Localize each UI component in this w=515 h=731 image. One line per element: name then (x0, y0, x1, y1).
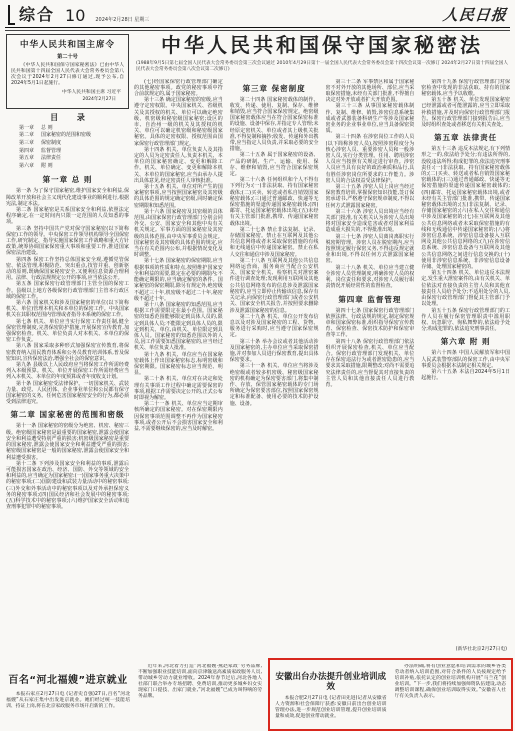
law-paragraph: 第四十七条 国家保密行政管理部门依照法律、行政法规的规定,制定保密规章和国家保密… (326, 308, 415, 339)
law-paragraph: 第十五条 机关、单位对所产生的国家秘密事项,应当按照国家秘密及其密级的具体范围的… (134, 184, 223, 209)
law-paragraph: 第四十八条 保密行政管理部门依法组织开展保密检查,机关、单位应当配合。保密行政管… (326, 339, 415, 389)
law-paragraph: 第十三条 确定国家秘密的密级,应当遵守定密权限。中央国家机关、省级机关及其授权的… (134, 97, 223, 147)
anhui-article-col-2: 办法明确,将有创业意愿和培训需求的城乡各类劳动者纳入培训范围,对符合条件的人员按… (395, 664, 507, 725)
law-paragraph: 第十八条 国家秘密的知悉范围,应当根据工作需要限定在最小范围。国家秘密的知悉范围… (134, 302, 223, 352)
law-paragraph: 第八条 国家采取多种形式加强保密宣传教育,将保密教育纳入国民教育体系和公务员教育… (6, 343, 129, 362)
newspaper-page: 综合 10 2024年2月28日 星期三 人民日报 中华人民共和国主席令 第二十… (0, 0, 515, 731)
chapter-heading: 第四章 监督管理 (326, 295, 415, 304)
left-column: 中华人民共和国主席令 第二十号 《中华人民共和国保守国家秘密法》已由中华人民共和… (6, 34, 129, 652)
law-paragraph: 第十七条 国家秘密的保密期限,应当根据事项的性质和特点,按照维护国家安全和利益的… (134, 258, 223, 301)
law-paragraph: 第六十五条 本法自2024年5月1日起施行。 (421, 369, 510, 381)
hebei-article: 百名“河北福嫂”进京就业 本报石家庄2月27日电 (记者史自强)27日,百名“河… (6, 664, 262, 728)
law-paragraph: 第五十五条 保密行政管理部门的工作人员在履行保密管理职责中滥用职权、玩忽职守、徇… (421, 308, 510, 333)
law-column-4: 第三十二条 军事禁区和属于国家秘密不对外开放的其他场所、部位,应当采取保密措施,… (326, 79, 415, 635)
law-paragraph: 第二十四条 国家秘密载体的制作、收发、传递、使用、复制、保存、维修和销毁,应当符… (230, 97, 319, 153)
xinhua-dateline: (新华社北京2月27日电) (451, 645, 507, 652)
law-paragraph: 第三十六条 涉密人员出境应当经有关部门批准,有关机关认为涉密人员出境将对国家安全… (326, 209, 415, 234)
law-subtitle: (1988年9月5日第七届全国人民代表大会常务委员会第三次会议通过 2010年4… (134, 61, 510, 73)
law-main-area: 中华人民共和国保守国家秘密法 (1988年9月5日第七届全国人民代表大会常务委员… (134, 33, 510, 635)
law-paragraph: 第一条 为了保守国家秘密,维护国家安全和利益,保障改革开放和社会主义现代化建设事… (6, 188, 129, 207)
law-paragraph: 第三十四条 在涉密岗位工作的人员(以下简称涉密人员),按照涉密程度分为核心涉密人… (326, 134, 415, 184)
law-columns: (七)经国家保密行政管理部门确定的其他秘密事项。政党的秘密事项中符合前款规定的,… (134, 79, 510, 635)
law-paragraph: 第三条 坚持中国共产党对保守国家秘密(以下简称保密)工作的领导。中央保密工作领导… (6, 226, 129, 257)
chapter-heading: 第六章 附 则 (421, 337, 510, 346)
hebei-article-text-1: 本报石家庄2月27日电 (记者史自强)27日,百名“河北福嫂”从石家庄集中出发进… (6, 692, 130, 710)
hebei-article-text-2: 近年来,河北着力打造“河北福嫂·燕赵家政”劳务品牌,不断加强职业技能培训,面向京… (138, 664, 262, 700)
law-paragraph: 第三十三条 从事国家秘密载体制作、复制、维修、销毁,涉密信息系统集成或者武器装备… (326, 103, 415, 134)
law-column-2: (七)经国家保密行政管理部门确定的其他秘密事项。政党的秘密事项中符合前款规定的,… (134, 79, 223, 635)
law-paragraph: 第六条 国家机关和涉及国家秘密的单位(以下简称机关、单位)管理本机关和本单位的保… (6, 300, 129, 319)
law-paragraph: 第三十二条 军事禁区和属于国家秘密不对外开放的其他场所、部位,应当采取保密措施,… (326, 79, 415, 104)
law-paragraph: 第三十五条 涉密人员上岗应当经过保密教育培训,掌握保密知识技能,签订保密承诺书,… (326, 184, 415, 209)
header-rule-thin (5, 30, 510, 31)
law-column-3: 第三章 保密制度第二十四条 国家秘密载体的制作、收发、传递、使用、复制、保存、维… (230, 79, 319, 635)
hebei-article-col-1: 百名“河北福嫂”进京就业 本报石家庄2月27日电 (记者史自强)27日,百名“河… (6, 664, 130, 728)
law-paragraph: 第十四条 机关、单位负责人及其指定的人员为定密责任人,负责本机关、本单位的国家秘… (134, 147, 223, 184)
anhui-article-col-1: 安徽出台办法提升创业培训成效 本报合肥2月27日电 (记者田先进)记者从安徽省人… (275, 664, 387, 725)
hebei-article-title: 百名“河北福嫂”进京就业 (6, 675, 130, 687)
law-paragraph: 第四条 保密工作坚持总体国家安全观,遵循党管保密、依法管理,积极防范、突出重点,… (6, 257, 129, 282)
anhui-article-text-2: 办法明确,将有创业意愿和培训需求的城乡各类劳动者纳入培训范围,对符合条件的人员按… (395, 664, 507, 700)
law-paragraph: 第三十八条 机关、单位应当建立健全涉密人员管理制度,明确涉密人员的权利、岗位责任… (326, 265, 415, 290)
hebei-article-col-2: 近年来,河北着力打造“河北福嫂·燕赵家政”劳务品牌,不断加强职业技能培训,面向京… (138, 664, 262, 728)
law-paragraph: 第二十五条 属于国家秘密的设备、产品的研制、生产、运输、使用、保存、维修和销毁,… (230, 152, 319, 177)
law-paragraph: 第七条 机关、单位应当实行保密工作责任制,健全保密管理制度,完善保密防护措施,开… (6, 319, 129, 344)
law-paragraph: (七)经国家保密行政管理部门确定的其他秘密事项。政党的秘密事项中符合前款规定的,… (134, 79, 223, 98)
section-bracket-mark (8, 5, 15, 25)
law-column-1: 第一章 总 则第一条 为了保守国家秘密,维护国家安全和利益,保障改革开放和社会主… (6, 175, 129, 510)
toc-item: 第三章保密制度 (6, 140, 129, 148)
toc-item: 第六章附 则 (6, 163, 129, 171)
order-signature: 中华人民共和国主席 习近平 (11, 90, 124, 96)
law-paragraph: 第五十三条 违反本法规定,有下列情形之一的,依法给予处分;有违法所得的,没收违法… (421, 146, 510, 270)
toc-item: 第五章法律责任 (6, 155, 129, 163)
law-paragraph: 第二十六条 任何组织和个人不得有下列行为:(一)非法获取、持有国家秘密载体;(二… (230, 177, 319, 227)
law-paragraph: 第二十八条 互联网及其他公共信息网络运营商、服务商应当配合公安机关、国家安全机关… (230, 258, 319, 314)
law-paragraph: 第二十七条 禁止非法复制、记录、存储国家秘密。禁止在互联网及其他公共信息网络或者… (230, 227, 319, 258)
toc-list: 第一章总 则第二章国家秘密的范围和密级第三章保密制度第四章监督管理第五章法律责任… (6, 125, 129, 171)
page-header: 综合 10 2024年2月28日 星期三 人民日报 (8, 3, 507, 25)
toc-item: 第二章国家秘密的范围和密级 (6, 132, 129, 140)
law-paragraph: 第十一条 国家秘密的密级分为绝密、机密、秘密三级。绝密级国家秘密是最重要的国家秘… (6, 423, 129, 460)
chapter-heading: 第五章 法律责任 (421, 133, 510, 142)
order-number: 第二十号 (11, 54, 124, 60)
header-rule-thick (5, 27, 510, 28)
order-sign-date: 2024年2月27日 (11, 97, 124, 103)
law-column-5: 第四十九条 保密行政管理部门对保密检查中发现的非法获取、持有的国家秘密载体,应当… (421, 79, 510, 635)
law-paragraph: 第十二条 下列涉及国家安全和利益的事项,泄露后可能损害国家在政治、经济、国防、外… (6, 461, 129, 511)
anhui-article-text-1: 本报合肥2月27日电 (记者田先进)记者从安徽省人力资源和社会保障厅获悉:安徽日… (275, 696, 387, 720)
law-paragraph: 第三十七条 涉密人员离岗离职实行脱密期管理。涉密人员在脱密期内,应当按照规定履行… (326, 234, 415, 265)
presidential-order-box: 中华人民共和国主席令 第二十号 《中华人民共和国保守国家秘密法》已由中华人民共和… (6, 34, 129, 109)
law-paragraph: 第二十条 机关、单位对在决定和处理有关事项工作过程中确定需要保密的事项,根据工作… (134, 376, 223, 401)
chapter-heading: 第一章 总 则 (6, 175, 129, 184)
law-paragraph: 第十条 国家秘密受法律保护。一切国家机关、武装力量、政党、人民团体、企业事业单位… (6, 381, 129, 406)
anhui-article-title: 安徽出台办法提升创业培训成效 (275, 672, 387, 692)
law-paragraph: 第五十条 机关、单位发现国家秘密已经泄露或者可能泄露的,应当立即采取补救措施,并… (421, 97, 510, 128)
law-paragraph: 第二十一条 机关、单位应当定期审核所确定的国家秘密。对在保密期限内因保密事项范围… (134, 401, 223, 432)
masthead-logo: 人民日报 (442, 4, 508, 25)
section-label: 综合 (19, 2, 55, 25)
law-paragraph: 第三十一条 机关、单位应当将涉及绝密级或者较多机密级、秘密级国家秘密的机构确定为… (230, 363, 319, 406)
law-paragraph: 第二条 国家秘密是关系国家安全和利益,依照法定程序确定,在一定时间内只限一定范围… (6, 207, 129, 226)
law-paragraph: 第十六条 国家秘密及其密级的具体范围,由国家保密行政管理部门分别会同外交、公安、… (134, 209, 223, 259)
law-paragraph: 第三十条 举办会议或者其他活动涉及国家秘密的,主办单位应当采取保密措施,并对参加… (230, 339, 319, 364)
law-paragraph: 第九条 县级以上人民政府应当将保密工作所需经费列入本级预算。机关、单位开展保密工… (6, 362, 129, 381)
chapter-heading: 第二章 国家秘密的范围和密级 (6, 410, 129, 419)
law-title: 中华人民共和国保守国家秘密法 (134, 33, 510, 57)
toc-title: 目 录 (6, 115, 129, 121)
order-title: 中华人民共和国主席令 (11, 40, 124, 50)
chapter-heading: 第三章 保密制度 (230, 84, 319, 93)
law-paragraph: 第五条 国家保密行政管理部门主管全国的保密工作。县级以上地方各级保密行政管理部门… (6, 281, 129, 300)
page-number: 10 (65, 6, 85, 25)
law-paragraph: 第六十四条 中国人民解放军和中国人民武装警察部队的保密工作,由中央军事委员会根据… (421, 350, 510, 369)
law-paragraph: 第五十四条 机关、单位违反本法规定,发生重大泄密案件的,由有关机关、单位依法对直… (421, 270, 510, 307)
law-paragraph: 第二十九条 机关、单位公开发布信息以及对涉及国家秘密的工程、货物、服务进行采购时… (230, 314, 319, 339)
law-paragraph: 第十九条 机关、单位应当在国家秘密载体上作出国家秘密标志,标明密级和保密期限。国… (134, 352, 223, 377)
law-paragraph: 第四十九条 保密行政管理部门对保密检查中发现的非法获取、持有的国家秘密载体,应当… (421, 79, 510, 98)
anhui-article-red-box: 安徽出台办法提升创业培训成效 本报合肥2月27日电 (记者田先进)记者从安徽省人… (268, 658, 513, 731)
edition-date: 2024年2月28日 星期三 (95, 16, 149, 23)
order-body: 《中华人民共和国保守国家秘密法》已由中华人民共和国第十四届全国人民代表大会常务委… (11, 63, 124, 87)
